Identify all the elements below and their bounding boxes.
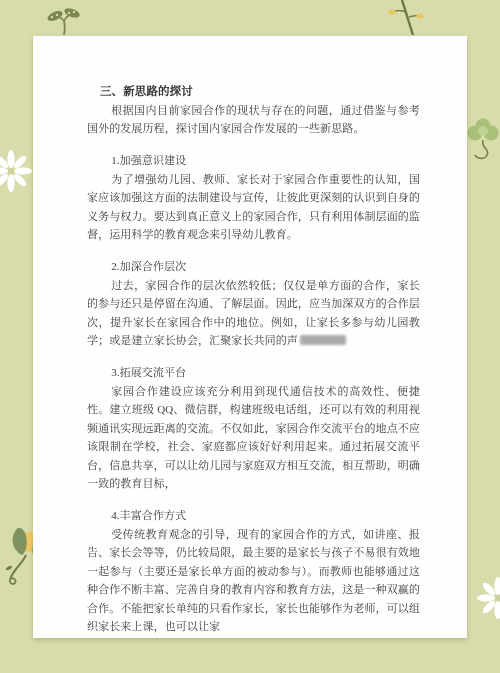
page-background: 三、新思路的探讨 根据国内目前家园合作的现状与存在的问题，通过借鉴与参考国外的发… [0,0,500,673]
white-daisy-icon [477,577,500,619]
section-3-text: 家园合作建设应该充分利用到现代通信技术的高效性、便捷性。建立班级 QQ、微信群，… [87,386,420,491]
section-4-body: 受传统教育观念的引导，现有的家园合作的方式，如讲座、报告、家长会等等，仍比较局限… [87,526,420,637]
section-3-body: 家园合作建设应该充分利用到现代通信技术的高效性、便捷性。建立班级 QQ、微信群，… [87,383,420,494]
budding-stem-icon [383,0,428,35]
section-4: 4.丰富合作方式 受传统教育观念的引导，现有的家园合作的方式，如讲座、报告、家长… [87,507,420,637]
clover-flower-icon [466,116,500,171]
section-2-heading: 2.加深合作层次 [87,258,420,277]
white-daisy-icon [0,150,32,192]
intro-paragraph: 根据国内目前家园合作的现状与存在的问题，通过借鉴与参考国外的发展历程，探讨国内家… [87,102,420,139]
section-4-text: 受传统教育观念的引导，现有的家园合作的方式，如讲座、报告、家长会等等，仍比较局限… [87,529,420,634]
section-4-heading: 4.丰富合作方式 [87,507,420,526]
sprout-icon [44,5,84,36]
section-3-heading: 3.拓展交流平台 [87,364,420,383]
section-3: 3.拓展交流平台 家园合作建设应该充分利用到现代通信技术的高效性、便捷性。建立班… [87,364,420,494]
document-heading: 三、新思路的探讨 [100,83,420,102]
section-1-body: 为了增强幼儿园、教师、家长对于家园合作重要性的认知，国家应该加强这方面的法制建设… [87,171,420,245]
blurred-smudge [300,335,346,345]
document-sheet: 三、新思路的探讨 根据国内目前家园合作的现状与存在的问题，通过借鉴与参考国外的发… [33,36,467,638]
section-1-heading: 1.加强意识建设 [87,152,420,171]
section-2-text: 过去，家园合作的层次依然较低；仅仅是单方面的合作，家长的参与还只是停留在沟通、了… [87,280,420,348]
section-2: 2.加深合作层次 过去，家园合作的层次依然较低；仅仅是单方面的合作，家长的参与还… [87,258,420,351]
section-2-body: 过去，家园合作的层次依然较低；仅仅是单方面的合作，家长的参与还只是停留在沟通、了… [87,277,420,351]
document-content: 三、新思路的探讨 根据国内目前家园合作的现状与存在的问题，通过借鉴与参考国外的发… [87,83,420,637]
section-1: 1.加强意识建设 为了增强幼儿园、教师、家长对于家园合作重要性的认知，国家应该加… [87,152,420,245]
section-1-text: 为了增强幼儿园、教师、家长对于家园合作重要性的认知，国家应该加强这方面的法制建设… [87,174,420,242]
